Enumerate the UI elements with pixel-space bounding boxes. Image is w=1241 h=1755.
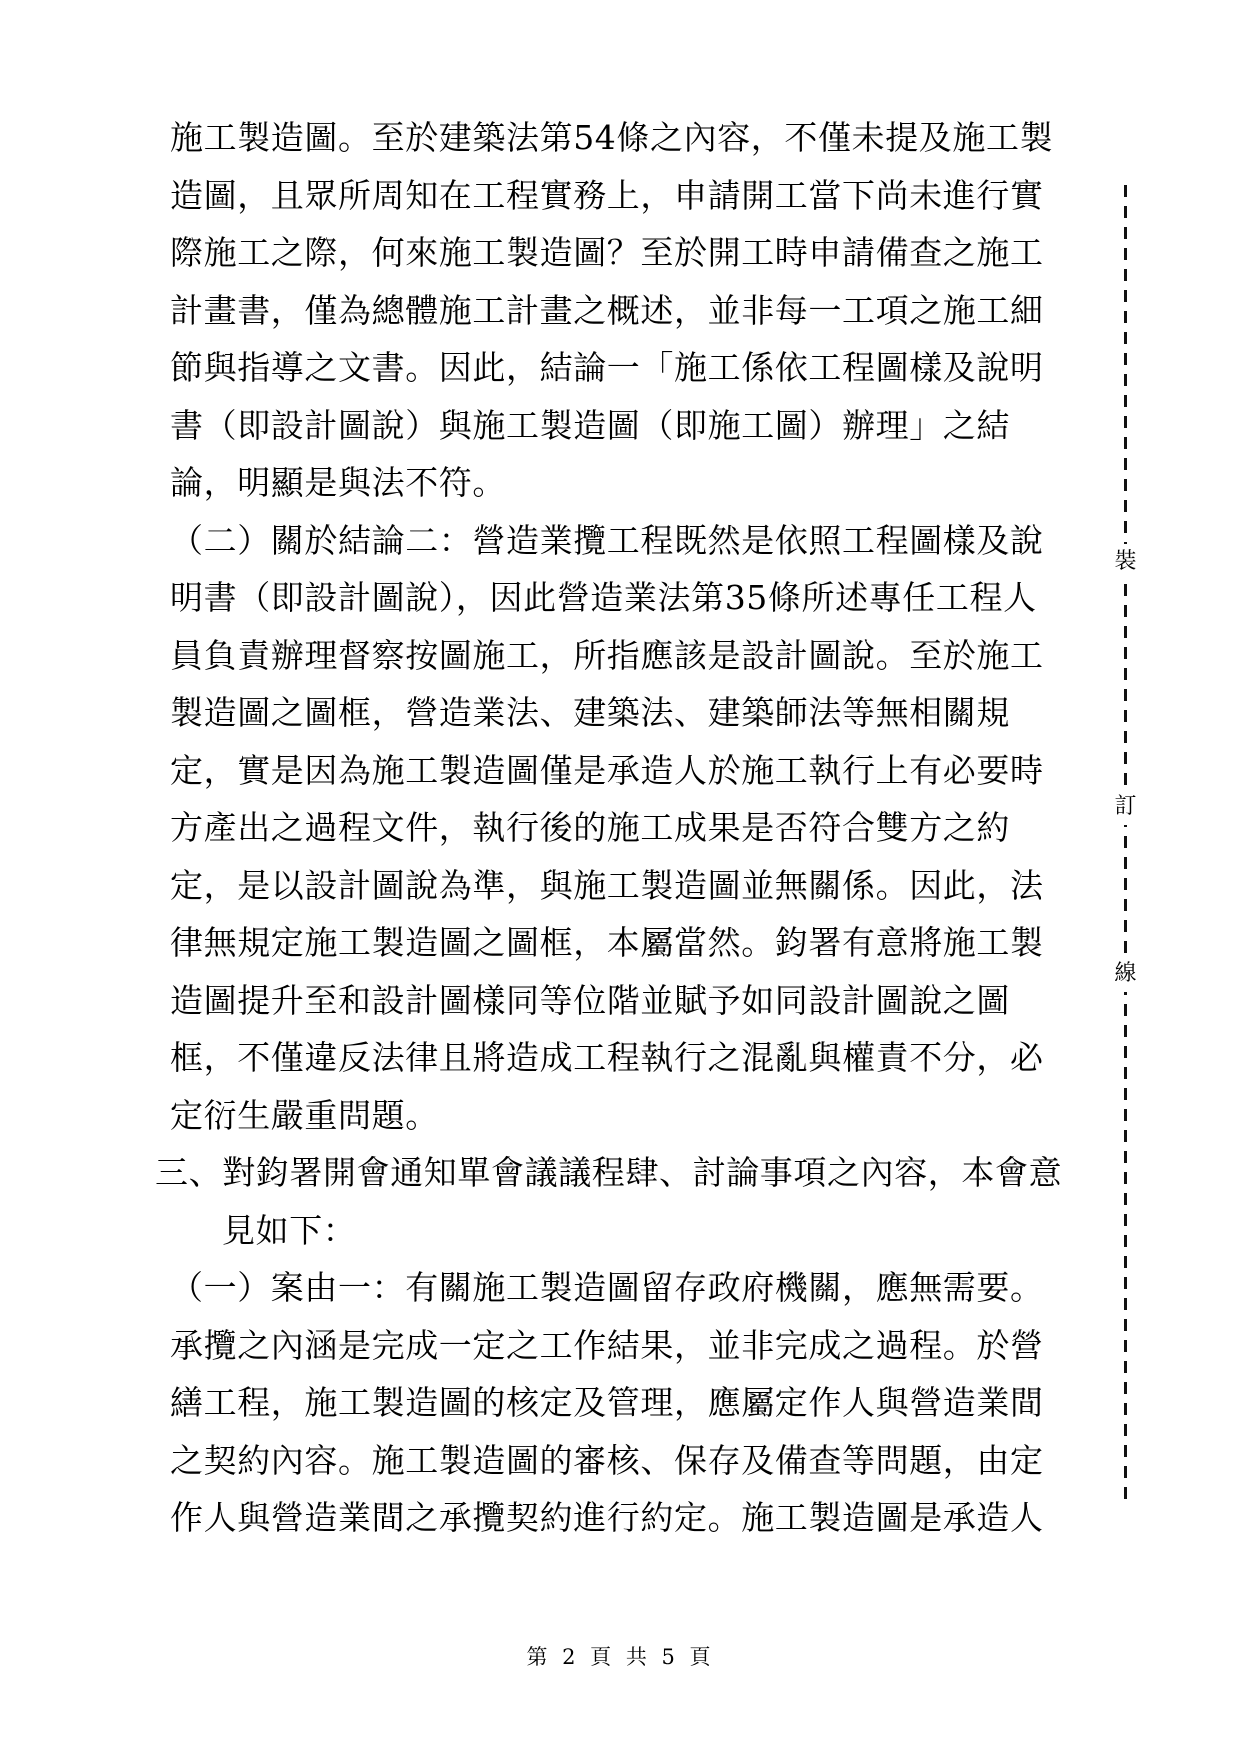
text-line: 繕工程，施工製造圖的核定及管理，應屬定作人與營造業間 — [0, 1374, 1120, 1432]
text-line: 論，明顯是與法不符。 — [0, 454, 1120, 512]
document-page: 施工製造圖。至於建築法第54條之內容，不僅未提及施工製造圖，且眾所周知在工程實務… — [0, 0, 1241, 1755]
document-body: 施工製造圖。至於建築法第54條之內容，不僅未提及施工製造圖，且眾所周知在工程實務… — [0, 109, 1120, 1547]
binding-label-ding: 訂 — [1110, 789, 1141, 825]
text-line: 承攬之內涵是完成一定之工作結果，並非完成之過程。於營 — [0, 1317, 1120, 1375]
text-line: 明書（即設計圖說），因此營造業法第35條所述專任工程人 — [0, 569, 1120, 627]
text-line: 見如下： — [0, 1202, 1120, 1260]
text-line: 造圖提升至和設計圖樣同等位階並賦予如同設計圖說之圖 — [0, 972, 1120, 1030]
text-line: 施工製造圖。至於建築法第54條之內容，不僅未提及施工製 — [0, 109, 1120, 167]
page-number: 第 2 頁 共 5 頁 — [0, 1641, 1241, 1671]
text-line: 定衍生嚴重問題。 — [0, 1087, 1120, 1145]
binding-label-xian: 線 — [1110, 956, 1141, 992]
binding-label-zhuang: 裝 — [1110, 544, 1141, 580]
text-line: 定，是以設計圖說為準，與施工製造圖並無關係。因此，法 — [0, 857, 1120, 915]
text-line: 計畫書，僅為總體施工計畫之概述，並非每一工項之施工細 — [0, 282, 1120, 340]
text-line: 造圖，且眾所周知在工程實務上，申請開工當下尚未進行實 — [0, 167, 1120, 225]
text-line: 製造圖之圖框，營造業法、建築法、建築師法等無相關規 — [0, 684, 1120, 742]
text-line: 節與指導之文書。因此，結論一「施工係依工程圖樣及說明 — [0, 339, 1120, 397]
text-line: 定，實是因為施工製造圖僅是承造人於施工執行上有必要時 — [0, 742, 1120, 800]
binding-dashed-line — [1124, 185, 1127, 1508]
text-line: 律無規定施工製造圖之圖框，本屬當然。鈞署有意將施工製 — [0, 914, 1120, 972]
text-line: 之契約內容。施工製造圖的審核、保存及備查等問題，由定 — [0, 1432, 1120, 1490]
text-line: 際施工之際，何來施工製造圖？至於開工時申請備查之施工 — [0, 224, 1120, 282]
text-line: （一）案由一：有關施工製造圖留存政府機關，應無需要。 — [0, 1259, 1120, 1317]
text-line: 三、對鈞署開會通知單會議議程肆、討論事項之內容，本會意 — [0, 1144, 1120, 1202]
text-line: 方產出之過程文件，執行後的施工成果是否符合雙方之約 — [0, 799, 1120, 857]
text-line: 框，不僅違反法律且將造成工程執行之混亂與權責不分，必 — [0, 1029, 1120, 1087]
text-line: 書（即設計圖說）與施工製造圖（即施工圖）辦理」之結 — [0, 397, 1120, 455]
text-line: 員負責辦理督察按圖施工，所指應該是設計圖說。至於施工 — [0, 627, 1120, 685]
text-line: 作人與營造業間之承攬契約進行約定。施工製造圖是承造人 — [0, 1489, 1120, 1547]
text-line: （二）關於結論二：營造業攬工程既然是依照工程圖樣及說 — [0, 512, 1120, 570]
